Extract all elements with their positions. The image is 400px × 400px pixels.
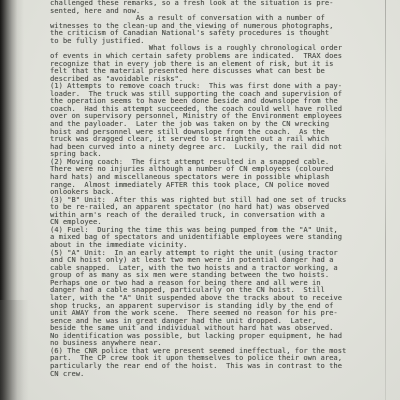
scanned-page: challenged these remarks, so a fresh loo… — [0, 0, 400, 400]
document-text: challenged these remarks, so a fresh loo… — [50, 0, 346, 378]
scan-right-edge-line — [385, 0, 386, 400]
scan-left-smudge — [0, 300, 34, 400]
